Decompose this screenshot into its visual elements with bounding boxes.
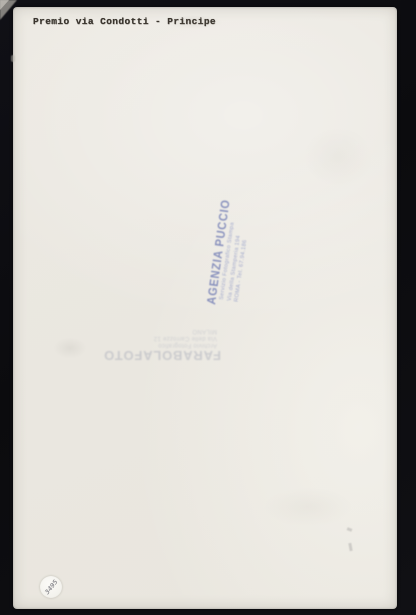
- pen-mark: [348, 543, 352, 551]
- card-edge-nick: [11, 55, 15, 62]
- handwritten-archive-number: 3495: [43, 578, 59, 596]
- photo-verso-card: Premio via Condotti - Principe AGENZIA P…: [13, 7, 397, 609]
- faded-stamp-line: MILANO: [95, 327, 221, 334]
- scanner-background: Premio via Condotti - Principe AGENZIA P…: [0, 0, 416, 615]
- pen-mark: [347, 527, 353, 532]
- paper-stain: [303, 127, 373, 187]
- scan-corner-artifact-highlight: [0, 0, 9, 10]
- faded-upside-down-stamp: FARABOLAFOTO Archivio Fotografico Via de…: [95, 317, 221, 363]
- paper-stain: [263, 487, 353, 527]
- archive-number-sticker: 3495: [40, 576, 62, 598]
- typewritten-caption: Premio via Condotti - Principe: [33, 16, 216, 27]
- paper-stain: [53, 337, 87, 359]
- faded-stamp-line: Via delle Carrozze 12: [95, 334, 221, 341]
- agency-ink-stamp: AGENZIA PUCCIO Servizio Fotografico Stam…: [206, 203, 260, 310]
- faded-stamp-name: FARABOLAFOTO: [95, 348, 221, 363]
